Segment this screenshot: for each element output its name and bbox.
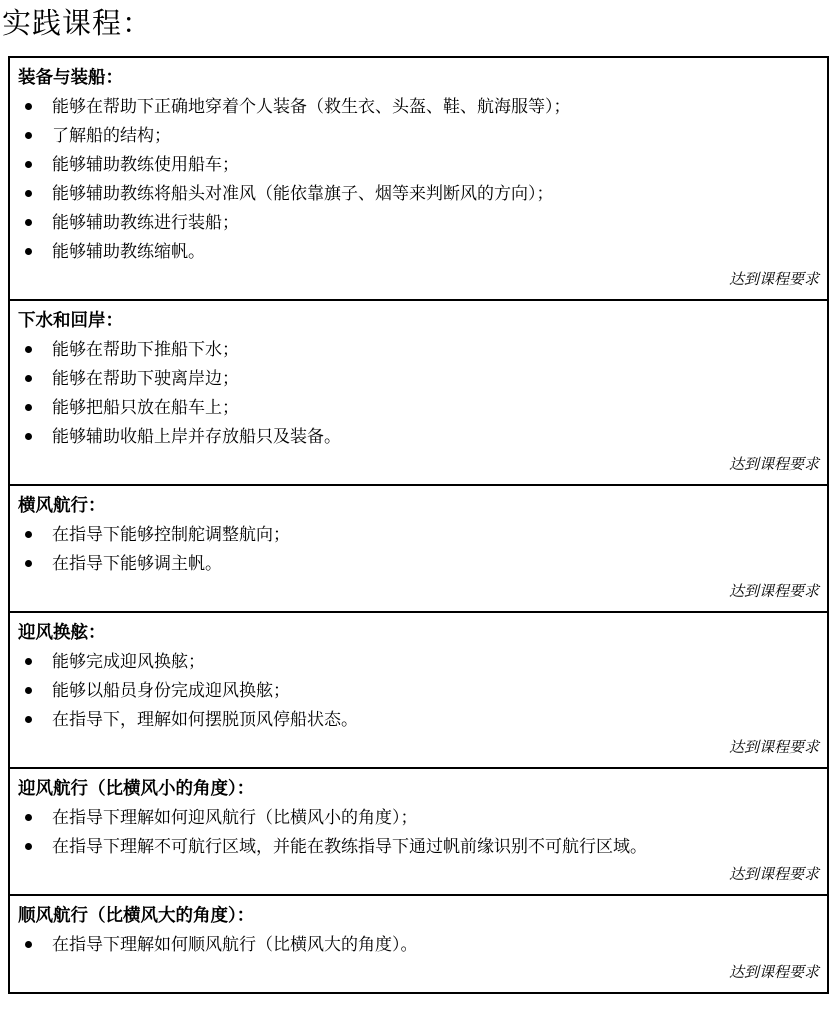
bullet-icon [25, 814, 32, 821]
list-item-text: 在指导下理解如何迎风航行（比横风小的角度）； [52, 803, 819, 832]
course-requirement-note: 达到课程要求 [18, 266, 819, 293]
list-item: 能够辅助收船上岸并存放船只及装备。 [18, 422, 819, 451]
list-item-text: 能够辅助教练进行装船； [52, 208, 819, 237]
list-item: 能够在帮助下正确地穿着个人装备（救生衣、头盔、鞋、航海服等）； [18, 92, 819, 121]
list-item-text: 能够辅助收船上岸并存放船只及装备。 [52, 422, 819, 451]
bullet-icon [25, 433, 32, 440]
section-beam-reach-sailing: 横风航行： 在指导下能够控制舵调整航向； 在指导下能够调主帆。 达到课程要求 [10, 486, 827, 613]
course-requirement-note: 达到课程要求 [18, 959, 819, 986]
list-item-text: 能够在帮助下正确地穿着个人装备（救生衣、头盔、鞋、航海服等）； [52, 92, 819, 121]
bullet-icon [25, 658, 32, 665]
section-header: 横风航行： [18, 491, 819, 520]
bullet-icon [25, 843, 32, 850]
page-title: 实践课程： [2, 6, 835, 42]
course-requirement-note: 达到课程要求 [18, 734, 819, 761]
bullet-icon [25, 190, 32, 197]
course-requirement-note: 达到课程要求 [18, 861, 819, 888]
section-launch-and-return: 下水和回岸： 能够在帮助下推船下水； 能够在帮助下驶离岸边； 能够把船只放在船车… [10, 301, 827, 486]
list-item-text: 在指导下理解如何顺风航行（比横风大的角度）。 [52, 930, 819, 959]
list-item-text: 在指导下能够控制舵调整航向； [52, 520, 819, 549]
list-item: 能够完成迎风换舷； [18, 647, 819, 676]
list-item-text: 能够在帮助下驶离岸边； [52, 364, 819, 393]
list-item-text: 在指导下理解不可航行区域，并能在教练指导下通过帆前缘识别不可航行区域。 [52, 832, 819, 861]
section-upwind-sailing: 迎风航行（比横风小的角度）： 在指导下理解如何迎风航行（比横风小的角度）； 在指… [10, 769, 827, 896]
list-item-text: 能够以船员身份完成迎风换舷； [52, 676, 819, 705]
bullet-icon [25, 161, 32, 168]
list-item-text: 在指导下能够调主帆。 [52, 549, 819, 578]
course-requirement-note: 达到课程要求 [18, 578, 819, 605]
bullet-icon [25, 132, 32, 139]
list-item-text: 能够辅助教练缩帆。 [52, 237, 819, 266]
list-item-text: 了解船的结构； [52, 121, 819, 150]
bullet-icon [25, 941, 32, 948]
bullet-icon [25, 531, 32, 538]
course-table: 装备与装船： 能够在帮助下正确地穿着个人装备（救生衣、头盔、鞋、航海服等）； 了… [8, 56, 829, 994]
list-item-text: 能够辅助教练使用船车； [52, 150, 819, 179]
bullet-icon [25, 687, 32, 694]
section-header: 装备与装船： [18, 63, 819, 92]
bullet-icon [25, 560, 32, 567]
bullet-icon [25, 219, 32, 226]
list-item: 能够在帮助下推船下水； [18, 335, 819, 364]
course-requirement-note: 达到课程要求 [18, 451, 819, 478]
list-item: 能够在帮助下驶离岸边； [18, 364, 819, 393]
list-item: 在指导下能够调主帆。 [18, 549, 819, 578]
list-item: 在指导下能够控制舵调整航向； [18, 520, 819, 549]
section-tacking: 迎风换舷： 能够完成迎风换舷； 能够以船员身份完成迎风换舷； 在指导下，理解如何… [10, 613, 827, 769]
bullet-icon [25, 404, 32, 411]
list-item: 在指导下理解如何迎风航行（比横风小的角度）； [18, 803, 819, 832]
section-header: 顺风航行（比横风大的角度）： [18, 901, 819, 930]
bullet-icon [25, 716, 32, 723]
bullet-icon [25, 103, 32, 110]
list-item: 能够辅助教练使用船车； [18, 150, 819, 179]
list-item: 能够辅助教练进行装船； [18, 208, 819, 237]
list-item: 在指导下，理解如何摆脱顶风停船状态。 [18, 705, 819, 734]
list-item-text: 能够完成迎风换舷； [52, 647, 819, 676]
list-item: 能够辅助教练缩帆。 [18, 237, 819, 266]
section-header: 下水和回岸： [18, 306, 819, 335]
list-item: 能够以船员身份完成迎风换舷； [18, 676, 819, 705]
bullet-icon [25, 375, 32, 382]
list-item-text: 能够辅助教练将船头对准风（能依靠旗子、烟等来判断风的方向）； [52, 179, 819, 208]
list-item: 了解船的结构； [18, 121, 819, 150]
list-item: 能够辅助教练将船头对准风（能依靠旗子、烟等来判断风的方向）； [18, 179, 819, 208]
list-item-text: 能够把船只放在船车上； [52, 393, 819, 422]
list-item: 在指导下理解不可航行区域，并能在教练指导下通过帆前缘识别不可航行区域。 [18, 832, 819, 861]
document-page: 实践课程： 装备与装船： 能够在帮助下正确地穿着个人装备（救生衣、头盔、鞋、航海… [0, 0, 835, 1023]
section-equipment-and-rigging: 装备与装船： 能够在帮助下正确地穿着个人装备（救生衣、头盔、鞋、航海服等）； 了… [10, 58, 827, 301]
list-item: 在指导下理解如何顺风航行（比横风大的角度）。 [18, 930, 819, 959]
list-item-text: 在指导下，理解如何摆脱顶风停船状态。 [52, 705, 819, 734]
section-downwind-sailing: 顺风航行（比横风大的角度）： 在指导下理解如何顺风航行（比横风大的角度）。 达到… [10, 896, 827, 992]
list-item-text: 能够在帮助下推船下水； [52, 335, 819, 364]
section-header: 迎风换舷： [18, 618, 819, 647]
bullet-icon [25, 248, 32, 255]
section-header: 迎风航行（比横风小的角度）： [18, 774, 819, 803]
bullet-icon [25, 346, 32, 353]
list-item: 能够把船只放在船车上； [18, 393, 819, 422]
